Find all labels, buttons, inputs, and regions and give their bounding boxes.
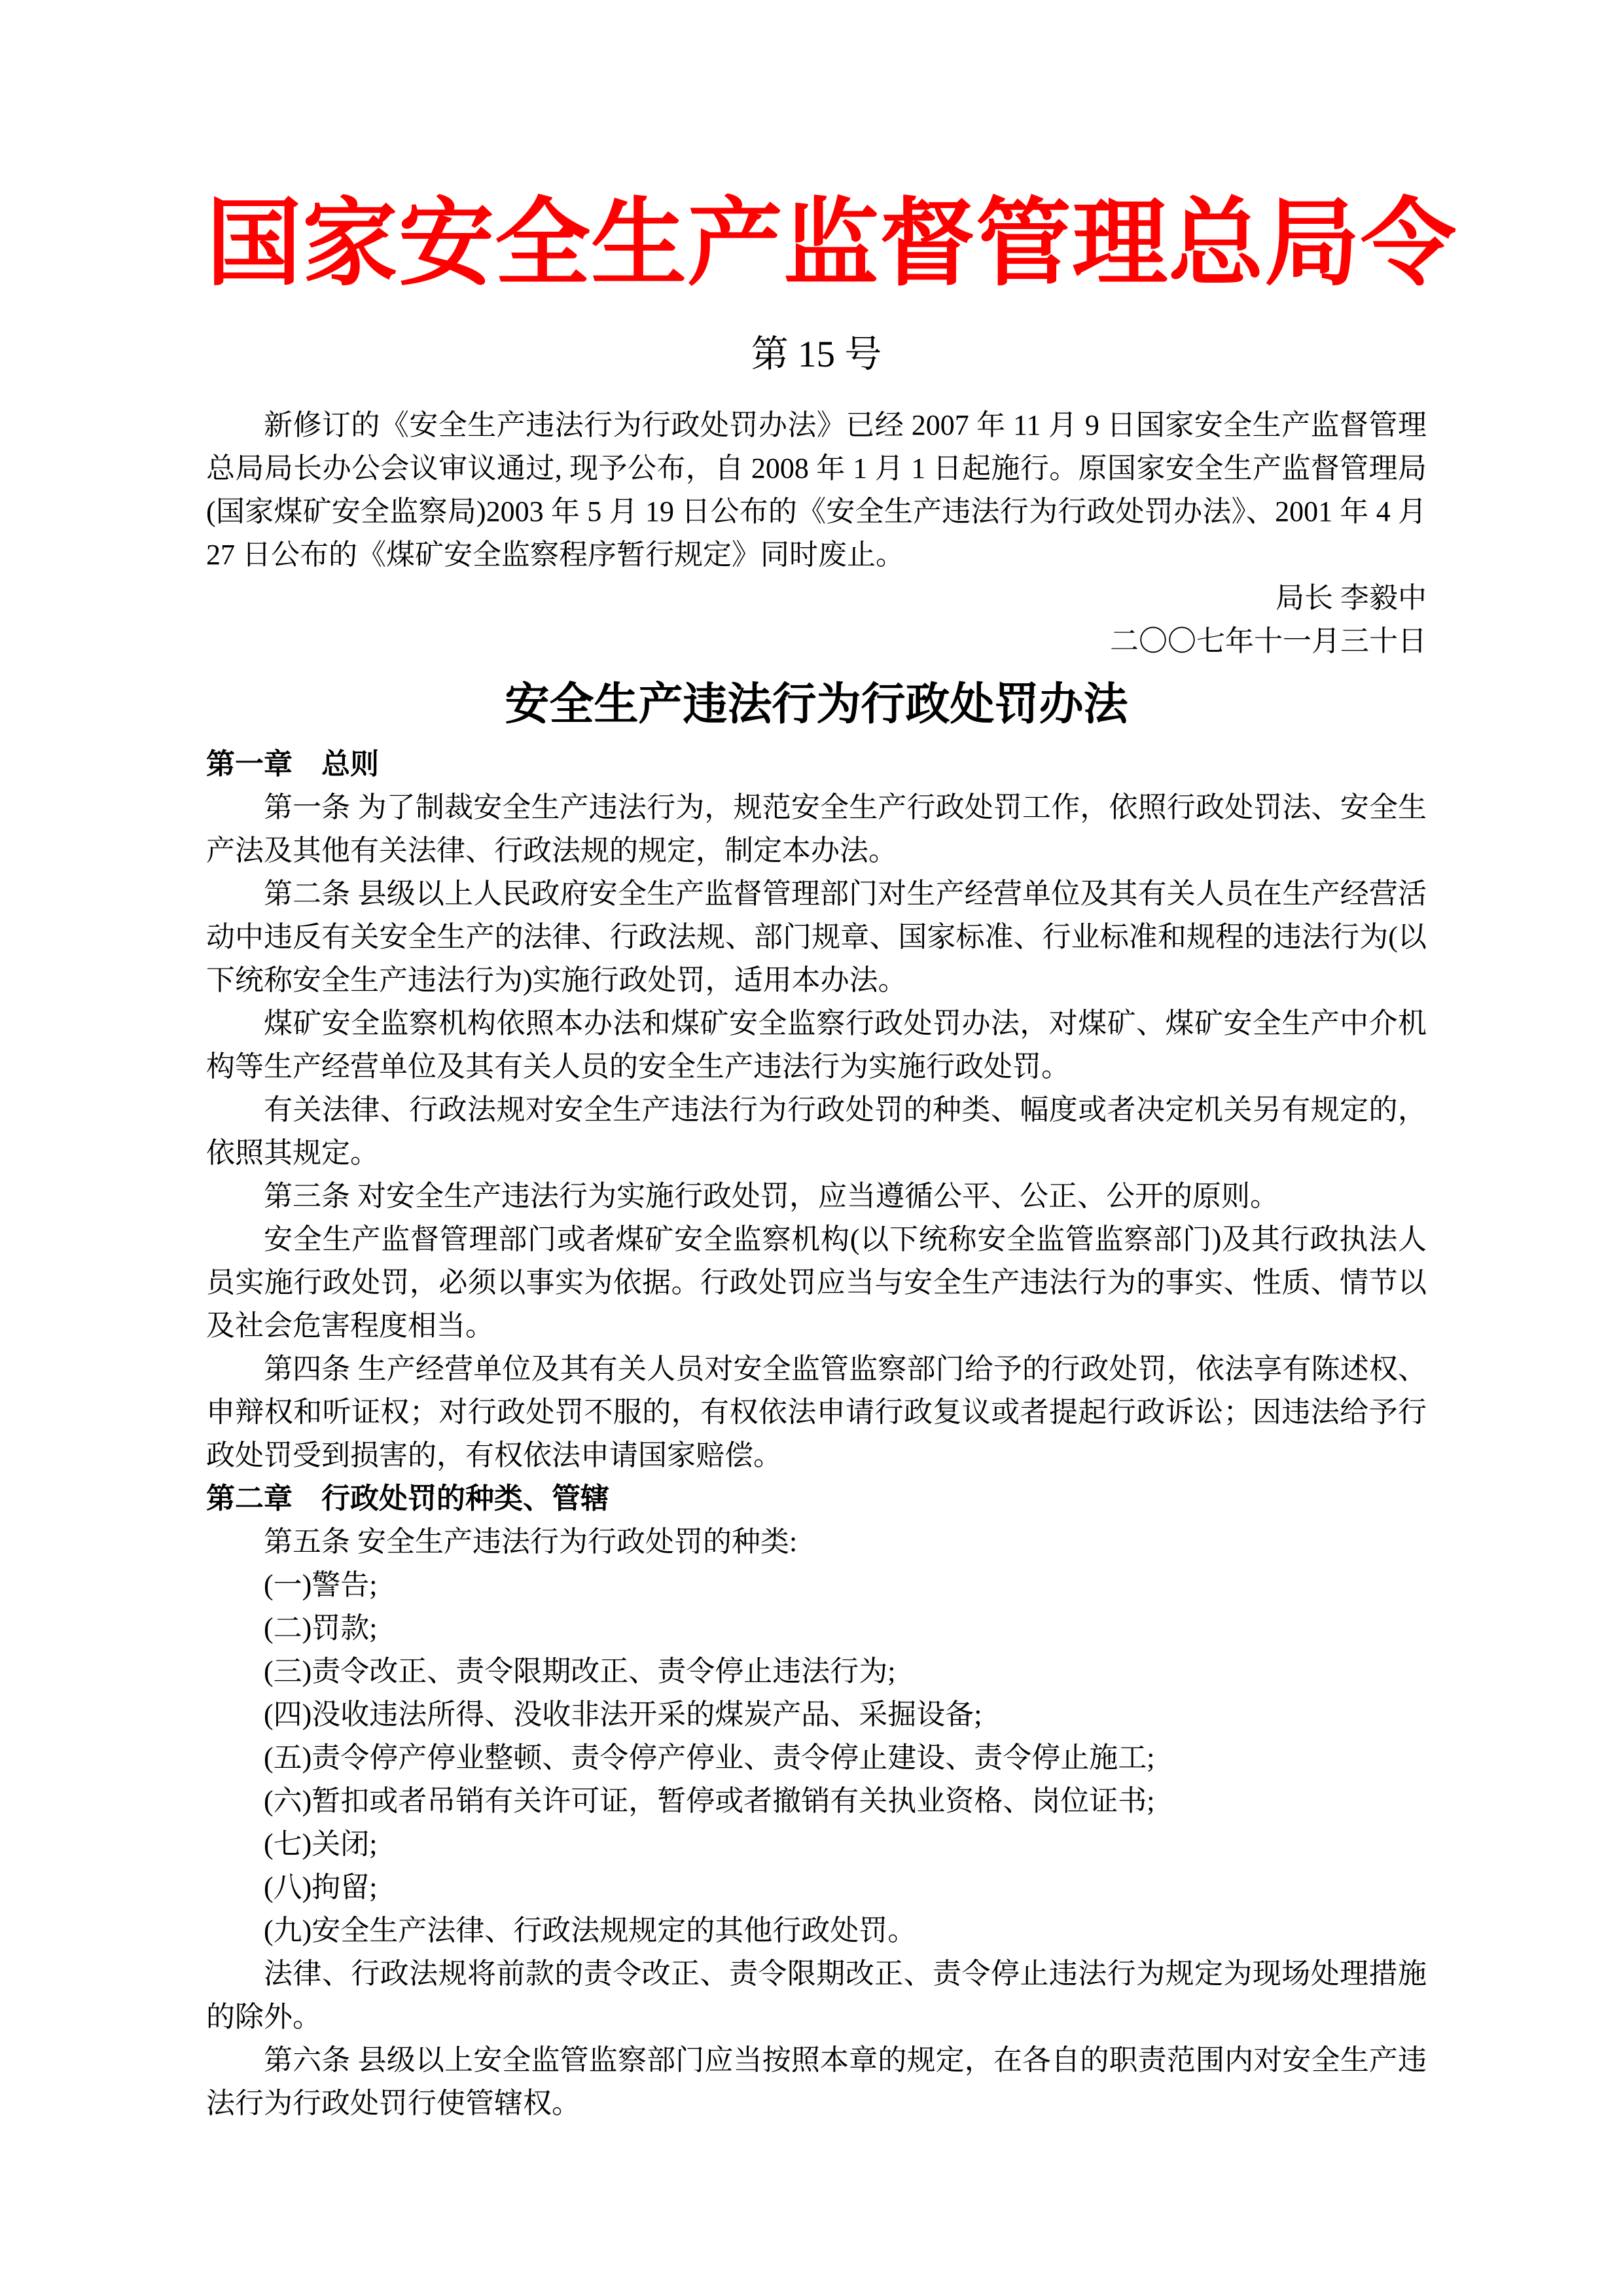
article-paragraph: 第二条 县级以上人民政府安全生产监督管理部门对生产经营单位及其有关人员在生产经营…: [206, 872, 1427, 1002]
document-page: 国家安全生产监督管理总局令 第 15 号 新修订的《安全生产违法行为行政处罚办法…: [0, 0, 1623, 2296]
penalty-item: (九)安全生产法律、行政法规规定的其他行政处罚。: [206, 1909, 1427, 1952]
penalty-item: (八)拘留;: [206, 1866, 1427, 1909]
article-paragraph: 第三条 对安全生产违法行为实施行政处罚，应当遵循公平、公正、公开的原则。: [206, 1175, 1427, 1218]
article-paragraph: 安全生产监督管理部门或者煤矿安全监察机构(以下统称安全监管监察部门)及其行政执法…: [206, 1218, 1427, 1348]
penalty-item: (六)暂扣或者吊销有关许可证，暂停或者撤销有关执业资格、岗位证书;: [206, 1780, 1427, 1823]
chapter-heading-2: 第二章 行政处罚的种类、管辖: [206, 1477, 1427, 1520]
penalty-item: (四)没收违法所得、没收非法开采的煤炭产品、采掘设备;: [206, 1693, 1427, 1736]
penalty-item: (二)罚款;: [206, 1607, 1427, 1650]
preamble-block: 新修订的《安全生产违法行为行政处罚办法》已经 2007 年 11 月 9 日国家…: [206, 404, 1427, 663]
chapter-heading-1: 第一章 总则: [206, 743, 1427, 786]
preamble-paragraph: 新修订的《安全生产违法行为行政处罚办法》已经 2007 年 11 月 9 日国家…: [206, 404, 1427, 577]
article-paragraph: 法律、行政法规将前款的责令改正、责令限期改正、责令停止违法行为规定为现场处理措施…: [206, 1952, 1427, 2039]
article-paragraph: 第五条 安全生产违法行为行政处罚的种类:: [206, 1520, 1427, 1564]
agency-order-title: 国家安全生产监督管理总局令: [206, 190, 1427, 300]
article-paragraph: 第六条 县级以上安全监管监察部门应当按照本章的规定，在各自的职责范围内对安全生产…: [206, 2039, 1427, 2125]
regulation-title: 安全生产违法行为行政处罚办法: [206, 675, 1427, 734]
article-paragraph: 第四条 生产经营单位及其有关人员对安全监管监察部门给予的行政处罚，依法享有陈述权…: [206, 1348, 1427, 1477]
regulation-body: 第一章 总则 第一条 为了制裁安全生产违法行为，规范安全生产行政处罚工作，依照行…: [206, 743, 1427, 2125]
order-number: 第 15 号: [206, 334, 1427, 376]
penalty-item: (一)警告;: [206, 1564, 1427, 1607]
penalty-item: (三)责令改正、责令限期改正、责令停止违法行为;: [206, 1650, 1427, 1693]
article-paragraph: 煤矿安全监察机构依照本办法和煤矿安全监察行政处罚办法，对煤矿、煤矿安全生产中介机…: [206, 1002, 1427, 1088]
penalty-item: (七)关闭;: [206, 1823, 1427, 1866]
signature-name: 局长 李毅中: [206, 577, 1427, 620]
article-paragraph: 有关法律、行政法规对安全生产违法行为行政处罚的种类、幅度或者决定机关另有规定的，…: [206, 1088, 1427, 1175]
article-paragraph: 第一条 为了制裁安全生产违法行为，规范安全生产行政处罚工作，依照行政处罚法、安全…: [206, 786, 1427, 872]
penalty-item: (五)责令停产停业整顿、责令停产停业、责令停止建设、责令停止施工;: [206, 1736, 1427, 1780]
signature-date: 二〇〇七年十一月三十日: [206, 620, 1427, 663]
